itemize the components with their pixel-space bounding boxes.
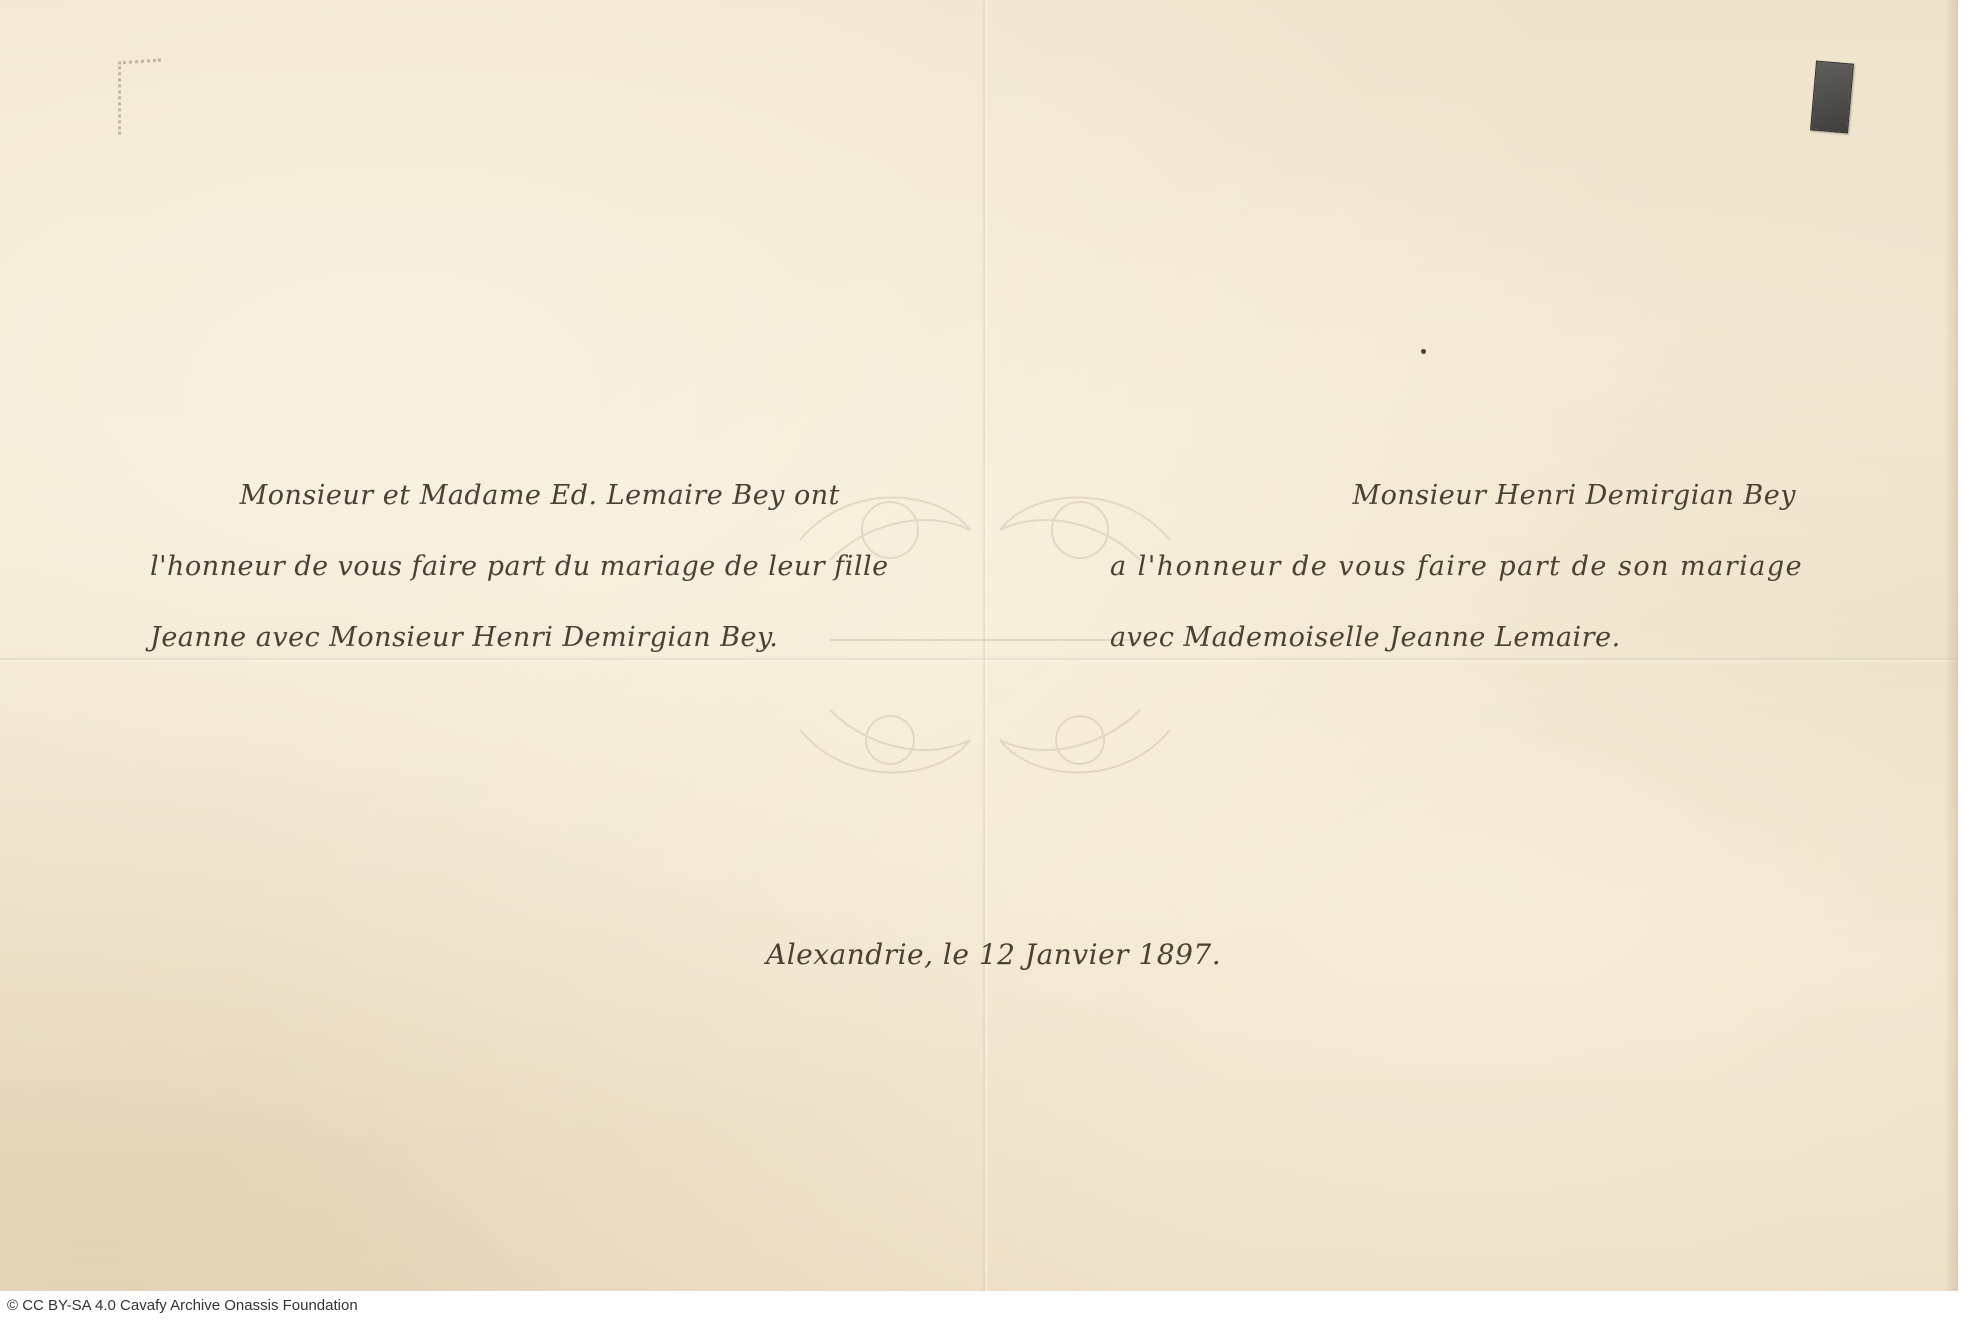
- corner-mount-mark: [118, 58, 161, 134]
- invitation-paper: Monsieur et Madame Ed. Lemaire Bey ont l…: [0, 0, 1958, 1291]
- metal-clip-icon: [1810, 60, 1854, 133]
- paper-edge-shadow: [1944, 0, 1958, 1291]
- place-and-date: Alexandrie, le 12 Janvier 1897.: [766, 937, 1206, 973]
- announcement-line: Jeanne avec Monsieur Henri Demirgian Bey…: [150, 620, 778, 656]
- announcement-line: l'honneur de vous faire part du mariage …: [150, 549, 840, 585]
- ink-speck: [1421, 349, 1426, 354]
- announcement-line: Monsieur et Madame Ed. Lemaire Bey ont: [205, 478, 840, 514]
- announcement-line: a l'honneur de vous faire part de son ma…: [1110, 549, 1796, 585]
- announcement-line: Monsieur Henri Demirgian Bey: [1150, 478, 1796, 514]
- copyright-credit: © CC BY-SA 4.0 Cavafy Archive Onassis Fo…: [7, 1297, 358, 1314]
- announcement-line: avec Mademoiselle Jeanne Lemaire.: [1110, 620, 1621, 656]
